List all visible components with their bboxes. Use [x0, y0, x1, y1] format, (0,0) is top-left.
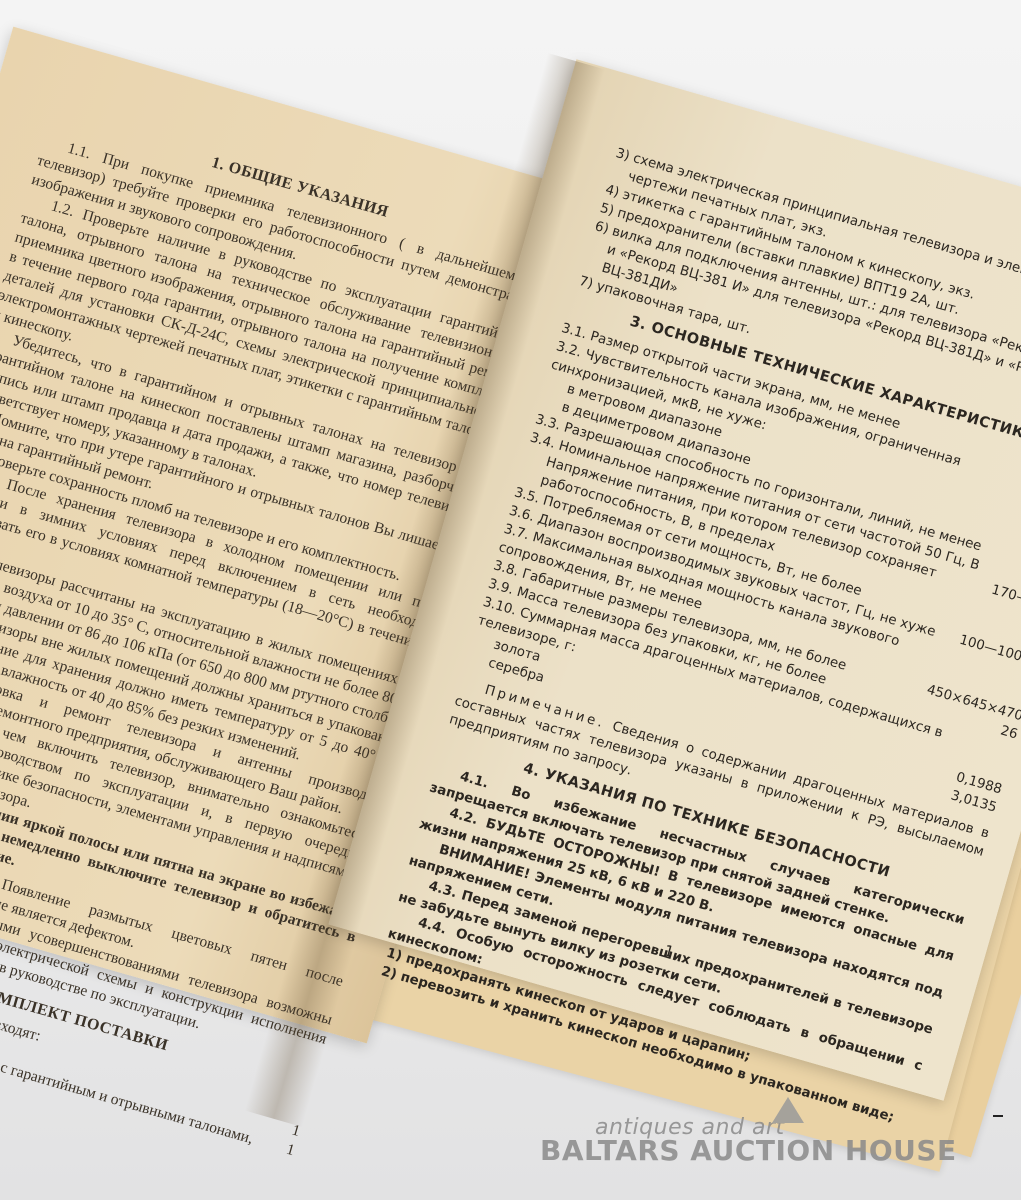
edge-mark: [993, 1115, 1003, 1117]
